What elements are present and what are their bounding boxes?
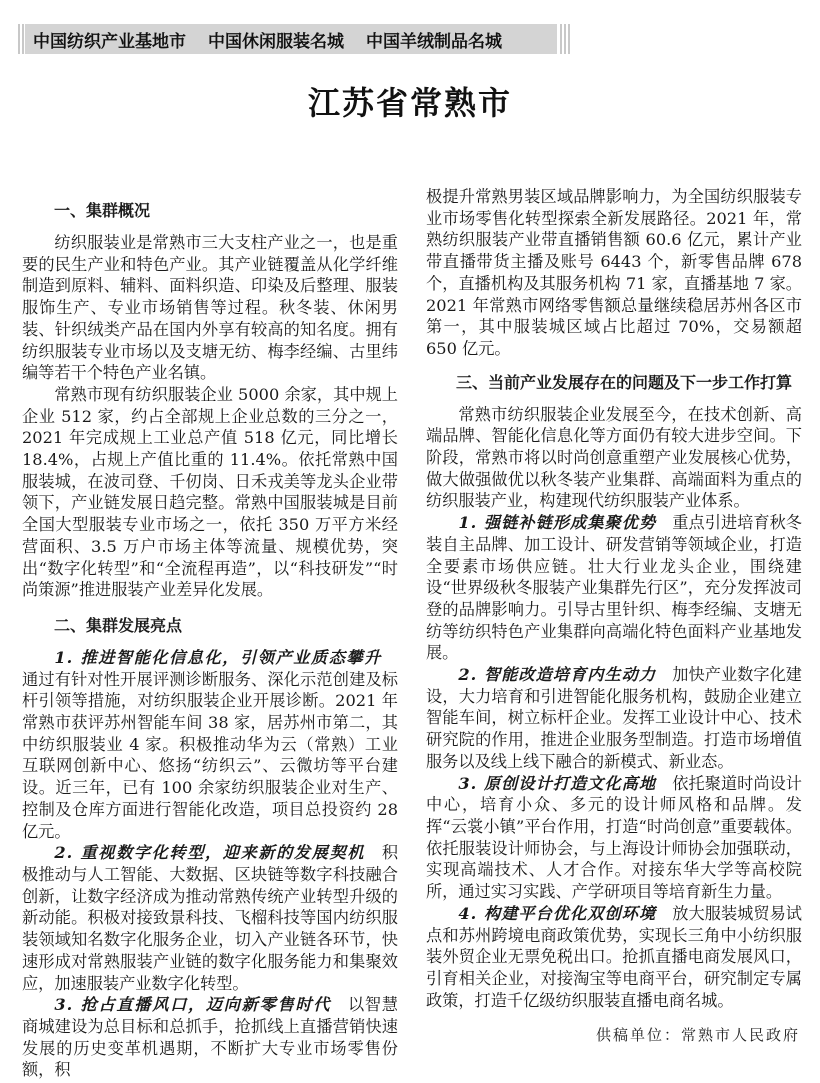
highlight-item-2-lead: 2. 重视数字化转型，迎来新的发展契机	[54, 843, 365, 862]
banner-rule-right-2	[564, 24, 566, 54]
banner-item-cashmere: 中国羊绒制品名城	[366, 27, 502, 52]
banner-rule-left-2	[22, 24, 24, 54]
banner-rule-right-1	[560, 24, 562, 54]
highlight-item-3-continued: 极提升常熟男装区域品牌影响力，为全国纺织服装专业市场零售化转型探索全新发展路径。…	[426, 186, 802, 360]
section-heading-overview: 一、集群概况	[22, 200, 398, 222]
plan-item-4: 4. 构建平台优化双创环境放大服装城贸易试点和苏州跨境电商政策优势，实现长三角中…	[426, 903, 802, 1012]
left-column: 一、集群概况 纺织服装业是常熟市三大支柱产业之一，也是重要的民生产业和特色产业。…	[22, 190, 398, 1081]
highlight-item-1-text: 通过有针对性开展评测诊断服务、深化示范创建及标杆引领等措施，对纺织服装企业开展诊…	[22, 670, 398, 841]
right-column: 极提升常熟男装区域品牌影响力，为全国纺织服装专业市场零售化转型探索全新发展路径。…	[426, 186, 802, 1011]
banner-item-textile-base: 中国纺织产业基地市	[33, 27, 186, 52]
header-banner: 中国纺织产业基地市 中国休闲服装名城 中国羊绒制品名城	[18, 24, 571, 54]
plan-item-4-lead: 4. 构建平台优化双创环境	[458, 904, 656, 923]
banner-bar: 中国纺织产业基地市 中国休闲服装名城 中国羊绒制品名城	[25, 24, 557, 54]
highlight-item-3: 3. 抢占直播风口，迈向新零售时代以智慧商城建设为总目标和总抓手，抢抓线上直播营…	[22, 994, 398, 1081]
plan-item-3-lead: 3. 原创设计打造文化高地	[458, 774, 656, 793]
highlight-item-2-text: 积极推动与人工智能、大数据、区块链等数字科技融合创新，让数字经济成为推动常熟传统…	[22, 843, 398, 992]
highlight-item-3-lead: 3. 抢占直播风口，迈向新零售时代	[54, 995, 331, 1014]
highlight-item-1-lead: 1. 推进智能化信息化，引领产业质态攀升	[54, 648, 381, 667]
plan-item-1-text: 重点引进培育秋冬装自主品牌、加工设计、研发营销等领域企业，打造全要素市场供应链。…	[426, 513, 802, 662]
page-title: 江苏省常熟市	[0, 78, 820, 124]
plan-item-2-lead: 2. 智能改造培育内生动力	[458, 665, 656, 684]
highlight-item-1: 1. 推进智能化信息化，引领产业质态攀升通过有针对性开展评测诊断服务、深化示范创…	[22, 647, 398, 842]
plan-item-3: 3. 原创设计打造文化高地依托聚道时尚设计中心，培育小众、多元的设计师风格和品牌…	[426, 773, 802, 903]
banner-rule-right-3	[568, 24, 570, 54]
source-credit: 供稿单位：常熟市人民政府	[596, 1024, 800, 1045]
plan-item-1-lead: 1. 强链补链形成集聚优势	[458, 513, 656, 532]
banner-rule-left-1	[18, 24, 20, 54]
section-heading-issues-plans: 三、当前产业发展存在的问题及下一步工作打算	[426, 372, 802, 394]
paragraph-issues-intro: 常熟市纺织服装企业发展至今，在技术创新、高端品牌、智能化信息化等方面仍有较大进步…	[426, 404, 802, 513]
paragraph-overview-1: 纺织服装业是常熟市三大支柱产业之一，也是重要的民生产业和特色产业。其产业链覆盖从…	[22, 232, 398, 384]
paragraph-overview-2: 常熟市现有纺织服装企业 5000 余家，其中规上企业 512 家，约占全部规上企…	[22, 384, 398, 601]
section-heading-highlights: 二、集群发展亮点	[22, 615, 398, 637]
plan-item-2: 2. 智能改造培育内生动力加快产业数字化建设，大力培育和引进智能化服务机构，鼓励…	[426, 664, 802, 773]
banner-item-casual-wear: 中国休闲服装名城	[208, 27, 344, 52]
highlight-item-2: 2. 重视数字化转型，迎来新的发展契机积极推动与人工智能、大数据、区块链等数字科…	[22, 842, 398, 994]
plan-item-1: 1. 强链补链形成集聚优势重点引进培育秋冬装自主品牌、加工设计、研发营销等领域企…	[426, 512, 802, 664]
